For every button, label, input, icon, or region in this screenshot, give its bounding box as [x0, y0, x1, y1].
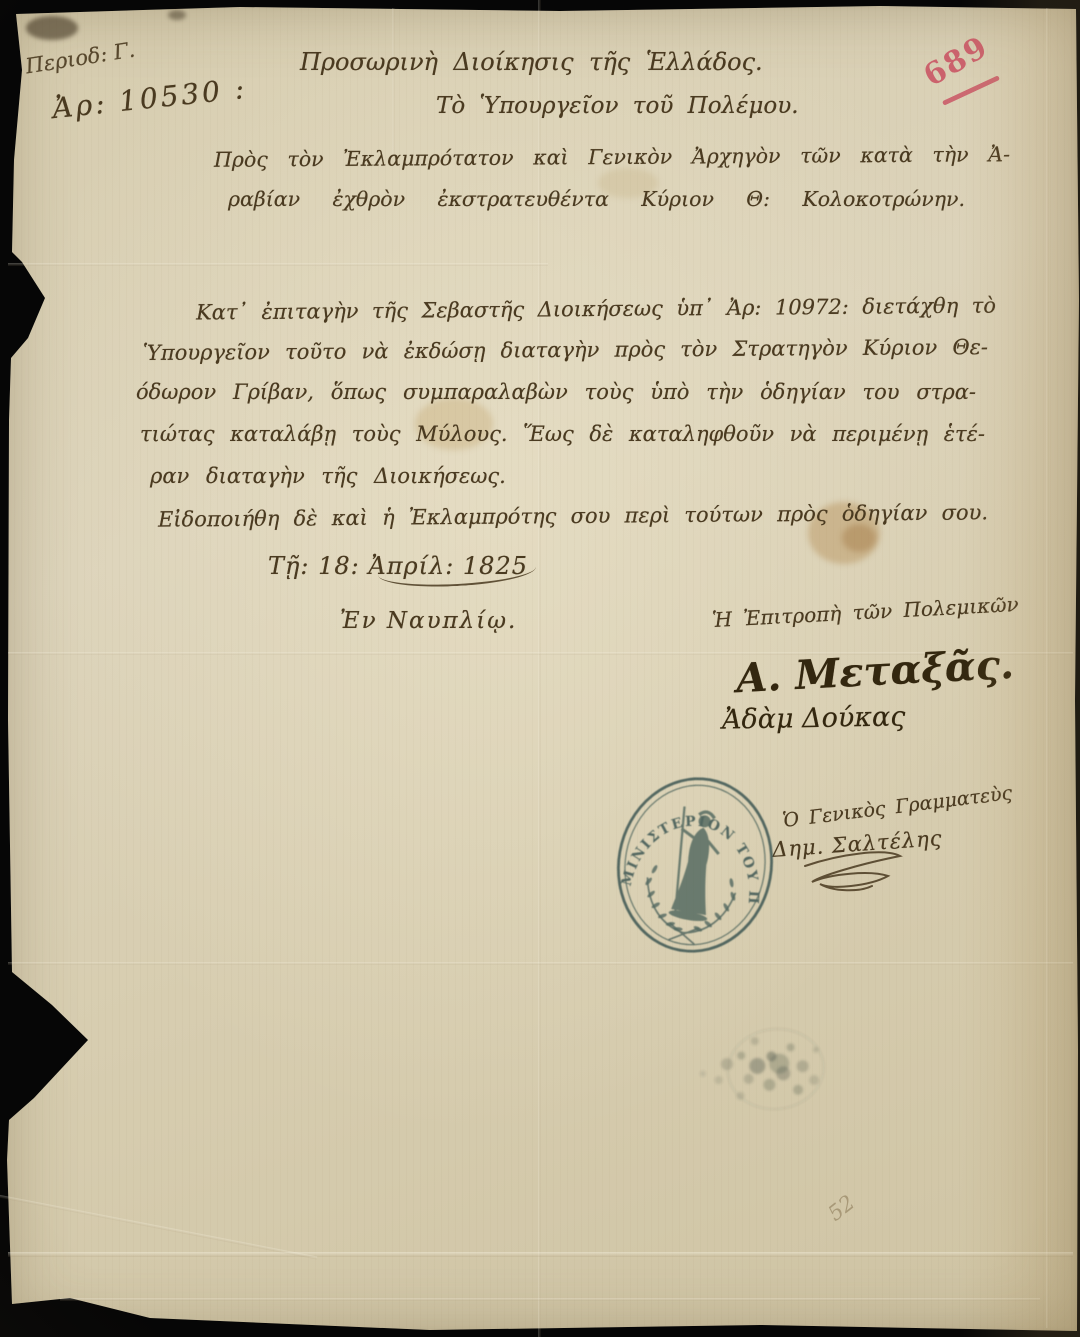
government-title: Προσωρινὴ Διοίκησις τῆς Ἑλλάδος.: [300, 48, 763, 76]
ministry-stamp: ΜΙΝΙΣΤΕΡΙΟΝ ΤΟΥ ΠΟΛΕΜΟΥ: [600, 760, 790, 971]
scan-background: { "document": { "header": { "period": "Π…: [0, 0, 1080, 1337]
body-line-5: ραν διαταγὴν τῆς Διοικήσεως.: [150, 464, 506, 488]
place-line: Ἐν Ναυπλίῳ.: [340, 608, 517, 634]
addressee-line-2: ραβίαν ἐχθρὸν ἐκστρατευθέντα Κύριον Θ: Κ…: [228, 187, 965, 211]
signature-doukas: Ἀδὰμ Δούκας: [722, 701, 906, 735]
body-line-4: τιώτας καταλάβῃ τοὺς Μύλους. Ἕως δὲ κατα…: [140, 422, 985, 446]
signature-flourish: [800, 846, 910, 896]
ministry-title: Τὸ Ὑπουργεῖον τοῦ Πολέμου.: [436, 93, 799, 119]
body-line-3: όδωρον Γρίβαν, ὅπως συμπαραλαβὼν τοὺς ὑπ…: [136, 380, 976, 404]
